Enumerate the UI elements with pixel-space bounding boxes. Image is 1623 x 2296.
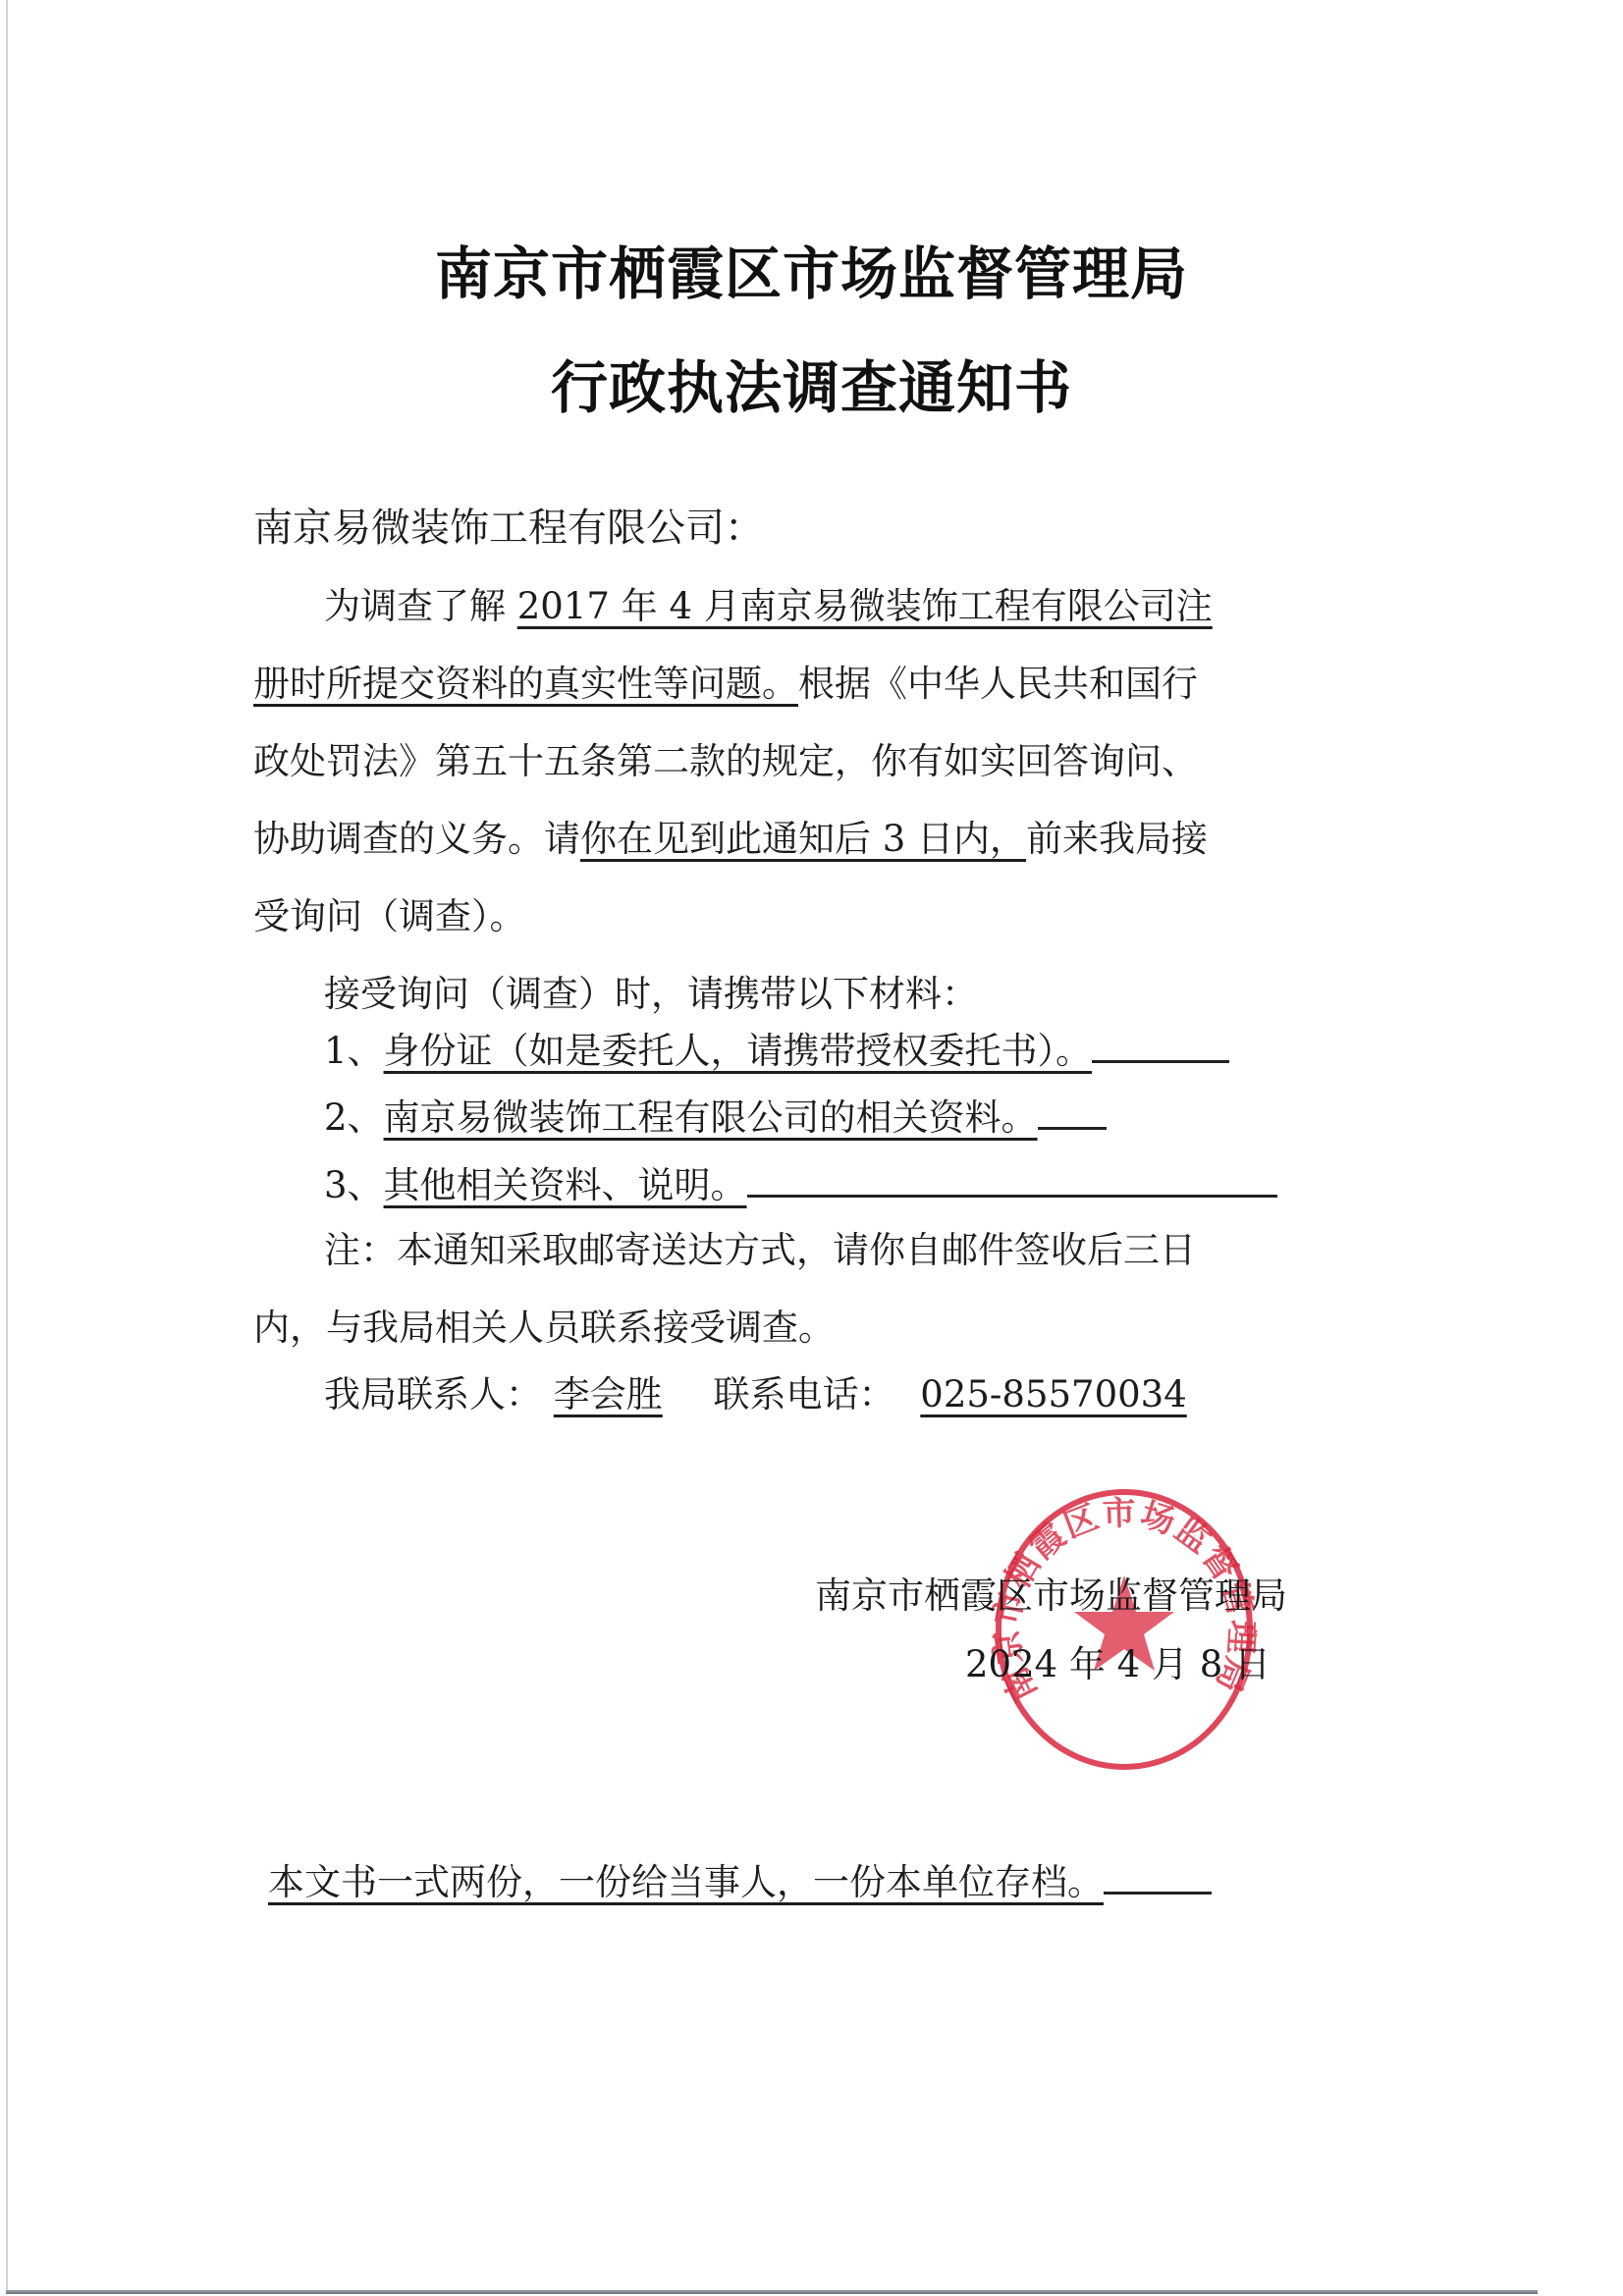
paragraph-1-line-3: 政处罚法》第五十五条第二款的规定，你有如实回答询问、: [253, 737, 1198, 786]
material-number: 3、: [324, 1164, 384, 1206]
document-title-type: 行政执法调查通知书: [0, 342, 1623, 424]
material-text: 南京易微装饰工程有限公司的相关资料。: [384, 1096, 1038, 1139]
document-title-org: 南京市栖霞区市场监督管理局: [0, 228, 1623, 310]
come-to-office-text: 前来我局接: [1026, 818, 1208, 860]
contact-name: 李会胜: [554, 1373, 702, 1415]
materials-intro: 接受询问（调查）时，请携带以下材料：: [324, 970, 978, 1019]
paragraph-1-line-2: 册时所提交资料的真实性等问题。根据《中华人民共和国行: [253, 660, 1198, 709]
blank-fill-line: [1104, 1891, 1212, 1895]
material-number: 1、: [324, 1030, 384, 1072]
document-page: 南京市栖霞区市场监督管理局 行政执法调查通知书 南京易微装饰工程有限公司： 为调…: [0, 0, 1623, 2296]
contact-line: 我局联系人： 李会胜 联系电话： 025-85570034: [324, 1370, 1201, 1419]
duty-text: 协助调查的义务。请: [253, 818, 580, 860]
phone-label: 联系电话：: [714, 1373, 895, 1415]
paragraph-1-line-1: 为调查了解 2017 年 4 月南京易微装饰工程有限公司注: [324, 582, 1213, 631]
note-line-1: 注：本通知采取邮寄送达方式，请你自邮件签收后三日: [324, 1226, 1196, 1275]
material-item-3: 3、其他相关资料、说明。: [324, 1161, 1277, 1210]
material-item-2: 2、南京易微装饰工程有限公司的相关资料。: [324, 1094, 1107, 1143]
paragraph-1-line-4: 协助调查的义务。请你在见到此通知后 3 日内，前来我局接: [253, 815, 1208, 864]
material-item-1: 1、身份证（如是委托人，请携带授权委托书）。: [324, 1027, 1229, 1076]
note-line-2: 内，与我局相关人员联系接受调查。: [253, 1304, 835, 1353]
blank-fill-line: [1092, 1059, 1229, 1063]
material-text: 身份证（如是委托人，请携带授权委托书）。: [384, 1030, 1093, 1072]
deadline-text: 你在见到此通知后 3 日内，: [580, 818, 1026, 860]
paragraph-1-lead: 为调查了解: [324, 585, 506, 627]
addressee: 南京易微装饰工程有限公司：: [253, 504, 764, 553]
investigation-subject-part-1: 2017 年 4 月南京易微装饰工程有限公司注: [517, 585, 1213, 627]
contact-label: 我局联系人：: [324, 1373, 542, 1415]
footer-note: 本文书一式两份，一份给当事人，一份本单位存档。: [268, 1858, 1212, 1907]
material-number: 2、: [324, 1096, 384, 1139]
contact-phone: 025-85570034: [906, 1373, 1200, 1415]
footer-text: 本文书一式两份，一份给当事人，一份本单位存档。: [268, 1861, 1104, 1903]
investigation-subject-part-2: 册时所提交资料的真实性等问题。: [253, 663, 798, 705]
blank-fill-line: [747, 1194, 1277, 1198]
official-seal-icon: 南京市栖霞区市场监督管理局: [982, 1482, 1267, 1777]
issuing-authority: 南京市栖霞区市场监督管理局: [815, 1566, 1287, 1619]
legal-basis-lead: 根据《中华人民共和国行: [798, 663, 1198, 705]
paragraph-1-line-5: 受询问（调查）。: [253, 892, 526, 941]
material-text: 其他相关资料、说明。: [384, 1164, 747, 1206]
issue-date: 2024 年 4 月 8 日: [965, 1634, 1271, 1687]
blank-fill-line: [1038, 1126, 1107, 1130]
